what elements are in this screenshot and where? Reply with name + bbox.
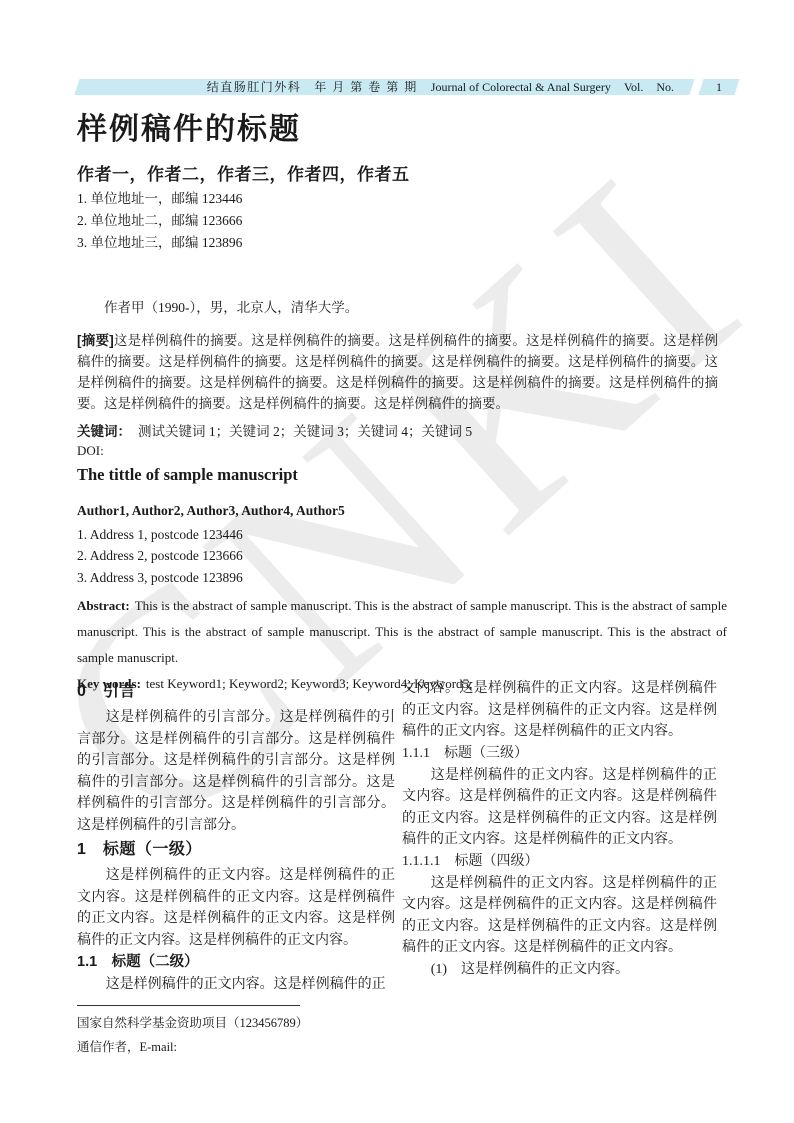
section-heading-0: 0 引言 [77, 679, 395, 705]
section-heading-1-1: 1.1 标题（二级） [77, 951, 395, 974]
header-band: 结直肠肛门外科 年 月 第 卷 第 期 Journal of Colorecta… [77, 79, 692, 95]
body-paragraph-1-1-1: 这是样例稿件的正文内容。这是样例稿件的正文内容。这是样例稿件的正文内容。这是样例… [402, 765, 717, 851]
journal-name-en: Journal of Colorectal & Anal Surgery [431, 79, 611, 95]
body-column-right: 文内容。这是样例稿件的正文内容。这是样例稿件的正文内容。这是样例稿件的正文内容。… [402, 678, 717, 980]
abstract-label-cn: [摘要] [77, 333, 114, 348]
volume-label: Vol. [624, 79, 643, 95]
keywords-label-cn: 关键词： [77, 424, 131, 439]
affiliation-en-2: 2. Address 2, postcode 123666 [77, 545, 243, 566]
journal-name-cn: 结直肠肛门外科 [207, 79, 302, 95]
affiliation-cn-1: 1. 单位地址一，邮编 123446 [77, 188, 242, 210]
numbered-item-1: (1) 这是样例稿件的正文内容。 [402, 959, 717, 981]
keywords-cn: 关键词：测试关键词 1；关键词 2；关键词 3；关键词 4；关键词 5 [77, 420, 472, 440]
funding-note: 国家自然科学基金资助项目（123456789） [77, 1012, 308, 1036]
article-title-en: The tittle of sample manuscript [77, 465, 298, 485]
abstract-text-en: This is the abstract of sample manuscrip… [77, 598, 727, 665]
abstract-text-cn: 这是样例稿件的摘要。这是样例稿件的摘要。这是样例稿件的摘要。这是样例稿件的摘要。… [77, 333, 718, 411]
abstract-cn: [摘要]这是样例稿件的摘要。这是样例稿件的摘要。这是样例稿件的摘要。这是样例稿件… [77, 330, 718, 414]
footnote: 国家自然科学基金资助项目（123456789） 通信作者，E-mail: [77, 1005, 308, 1059]
number-label: No. [656, 79, 674, 95]
body-paragraph-1-1: 这是样例稿件的正文内容。这是样例稿件的正 [77, 974, 395, 996]
abstract-label-en: Abstract: [77, 598, 130, 613]
section-heading-1-1-1: 1.1.1 标题（三级） [402, 743, 717, 765]
author-list-en: Author1, Author2, Author3, Author4, Auth… [77, 503, 345, 519]
article-title-cn: 样例稿件的标题 [77, 104, 301, 148]
section-heading-1: 1 标题（一级） [77, 837, 395, 863]
running-header: 结直肠肛门外科 年 月 第 卷 第 期 Journal of Colorecta… [77, 79, 737, 95]
manuscript-page: CNKI 结直肠肛门外科 年 月 第 卷 第 期 Journal of Colo… [0, 0, 794, 1123]
footnote-rule [77, 1005, 300, 1006]
issue-info: 年 月 第 卷 第 期 [314, 79, 418, 95]
abstract-en: Abstract:This is the abstract of sample … [77, 593, 727, 671]
author-list-cn: 作者一，作者二，作者三，作者四，作者五 [77, 160, 410, 185]
author-bio-cn: 作者甲（1990-），男，北京人，清华大学。 [77, 296, 358, 316]
body-paragraph-1-1-1-1: 这是样例稿件的正文内容。这是样例稿件的正文内容。这是样例稿件的正文内容。这是样例… [402, 873, 717, 959]
body-paragraph-1: 这是样例稿件的正文内容。这是样例稿件的正文内容。这是样例稿件的正文内容。这是样例… [77, 865, 395, 951]
affiliation-en-1: 1. Address 1, postcode 123446 [77, 524, 243, 545]
body-column-left: 0 引言 这是样例稿件的引言部分。这是样例稿件的引言部分。这是样例稿件的引言部分… [77, 678, 395, 996]
intro-paragraph: 这是样例稿件的引言部分。这是样例稿件的引言部分。这是样例稿件的引言部分。这是样例… [77, 707, 395, 836]
affiliation-en-3: 3. Address 3, postcode 123896 [77, 567, 243, 588]
page-number-badge: 1 [701, 79, 737, 95]
body-paragraph-1-1-cont: 文内容。这是样例稿件的正文内容。这是样例稿件的正文内容。这是样例稿件的正文内容。… [402, 678, 717, 743]
keywords-text-cn: 测试关键词 1；关键词 2；关键词 3；关键词 4；关键词 5 [138, 424, 472, 439]
affiliation-list-en: 1. Address 1, postcode 123446 2. Address… [77, 524, 243, 588]
section-heading-1-1-1-1: 1.1.1.1 标题（四级） [402, 851, 717, 873]
affiliation-list-cn: 1. 单位地址一，邮编 123446 2. 单位地址二，邮编 123666 3.… [77, 188, 242, 255]
page-number: 1 [716, 79, 722, 95]
affiliation-cn-2: 2. 单位地址二，邮编 123666 [77, 210, 242, 232]
corresponding-author-note: 通信作者，E-mail: [77, 1036, 308, 1060]
doi-label: DOI: [77, 443, 104, 459]
affiliation-cn-3: 3. 单位地址三，邮编 123896 [77, 232, 242, 254]
